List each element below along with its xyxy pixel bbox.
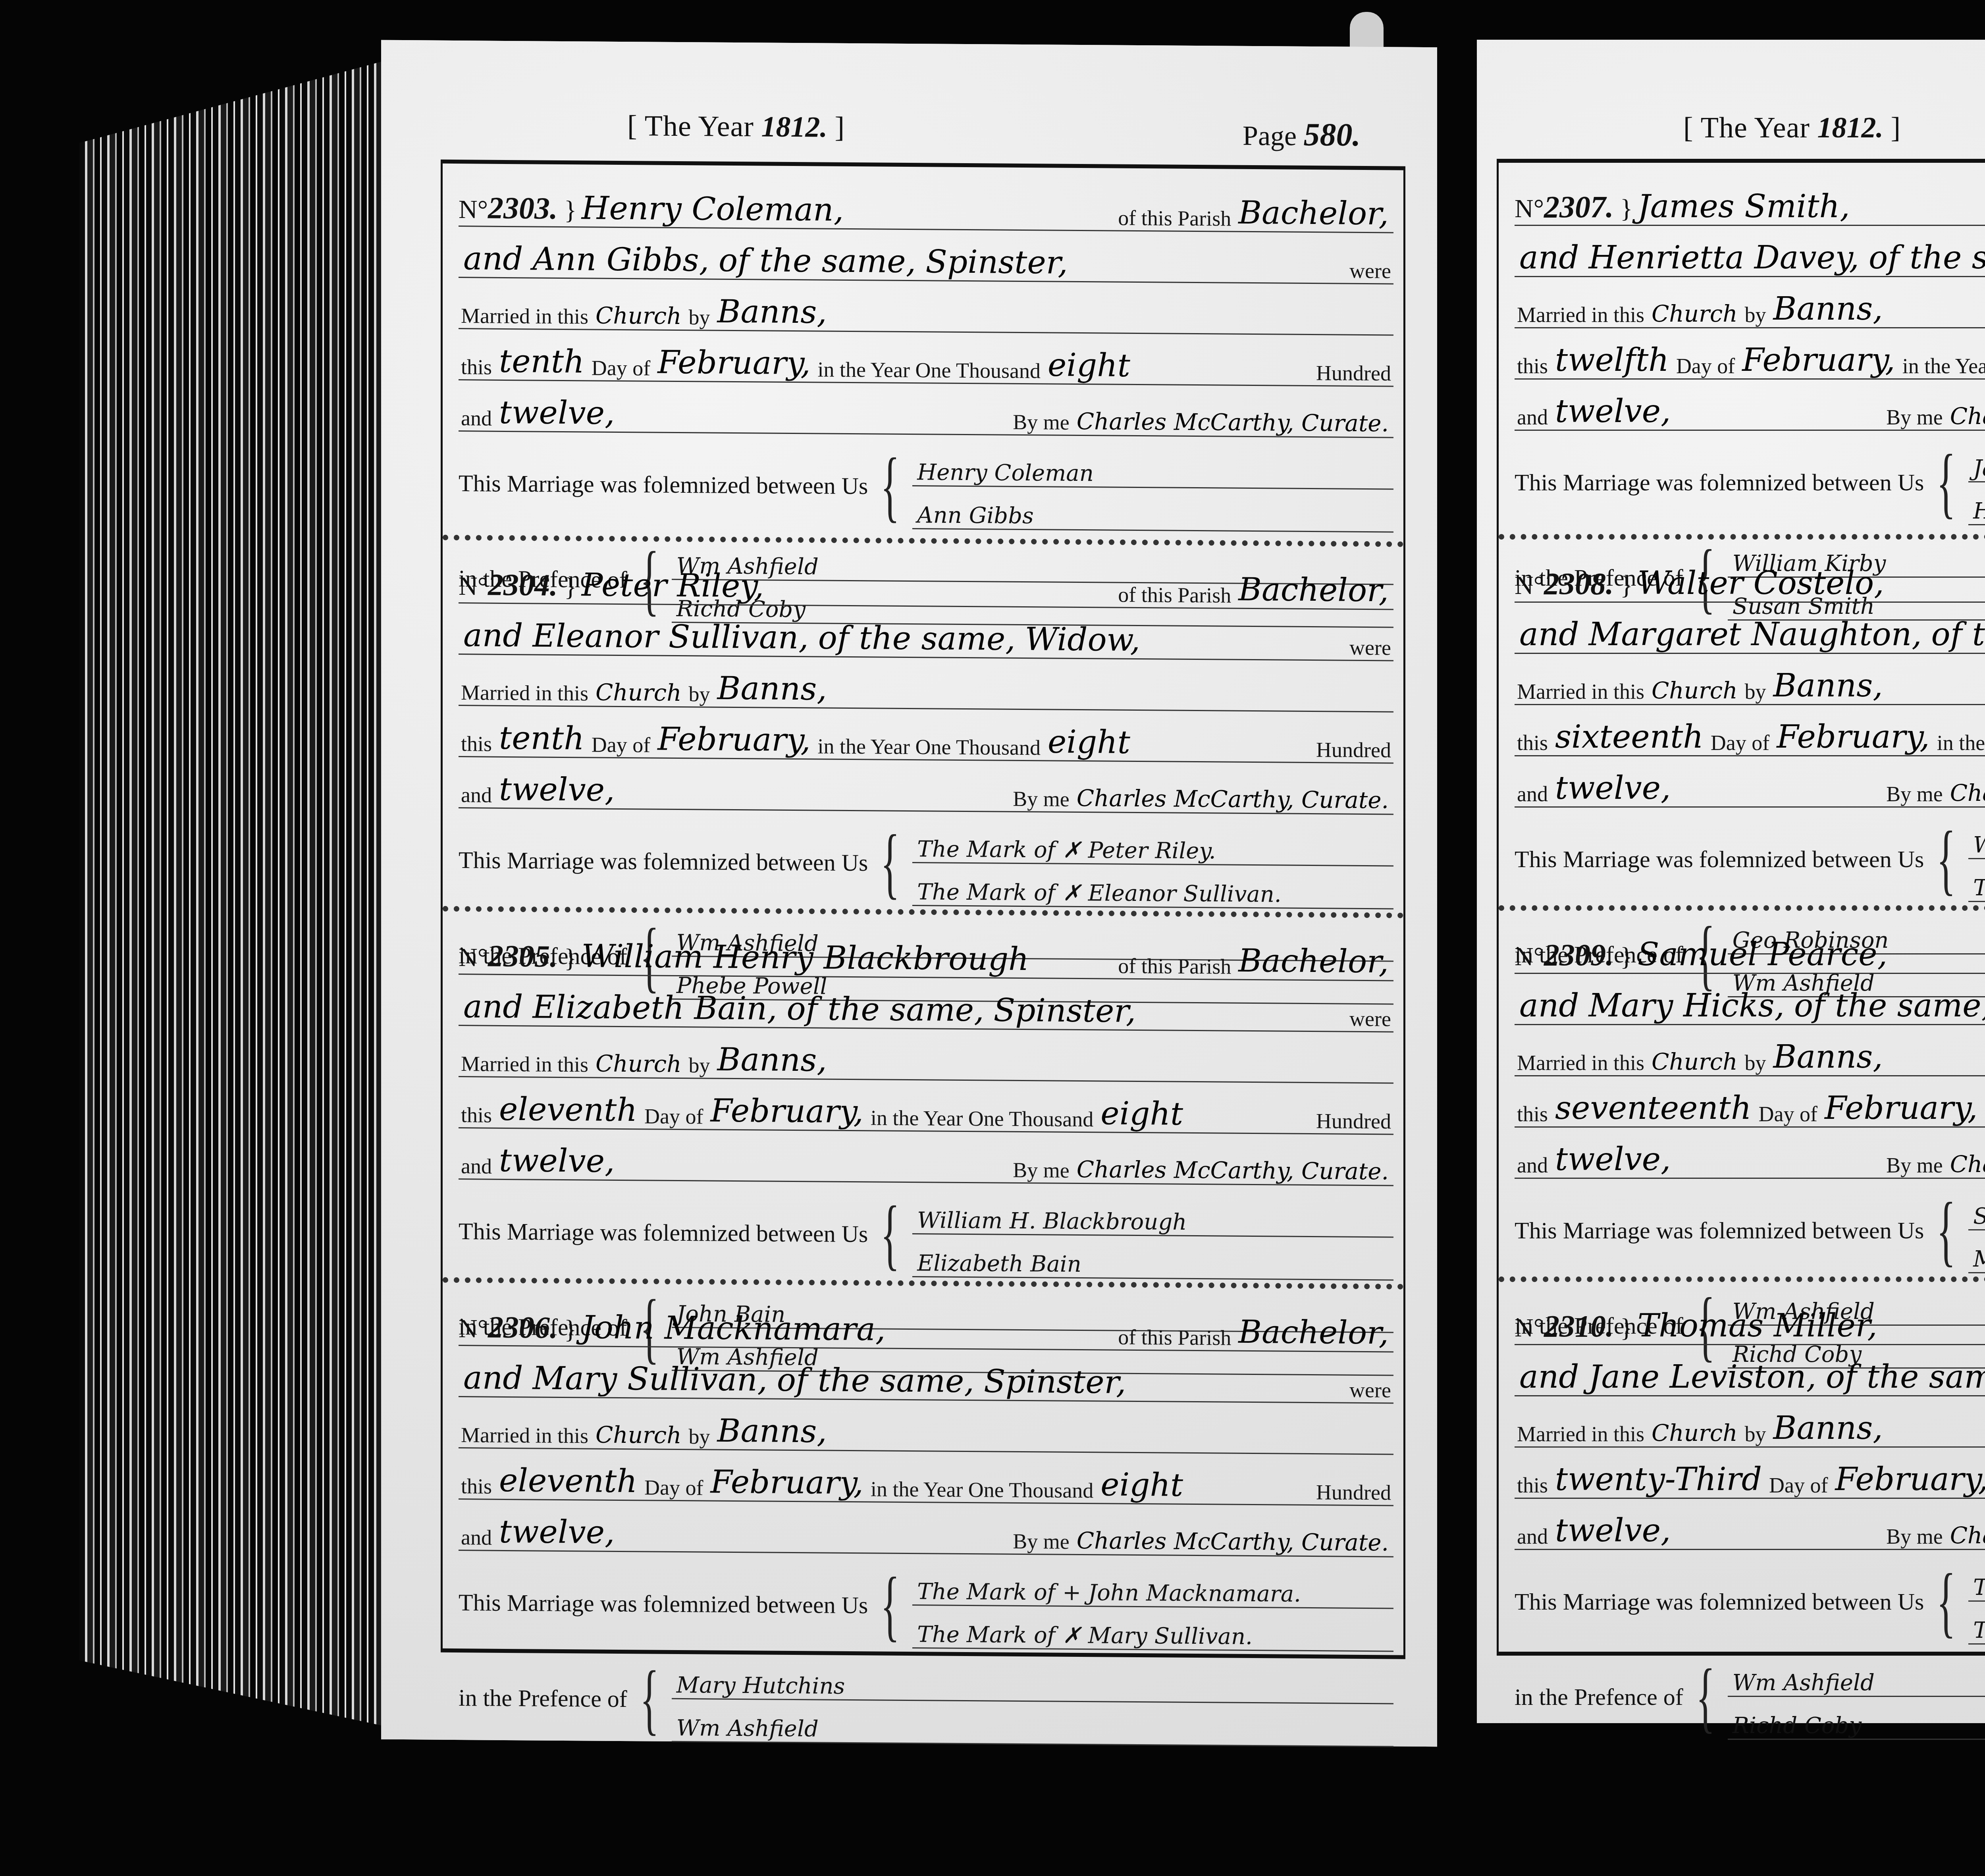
officiant-signature: Charles McCarthy, Curate. [1072,1156,1393,1185]
party-signature: The Mark of + John Macknamara. [912,1563,1393,1609]
month: February, [706,1463,868,1501]
groom-status: Bachelor, [1233,194,1393,232]
brace: { [881,823,900,902]
party-signature: Elizabeth Bain [912,1234,1393,1280]
officiant-signature: Charles McCarthy, Curate. [1072,785,1393,814]
brace: { [1696,1657,1715,1737]
day: tenth [494,343,589,380]
groom-name: James Smith, [1633,188,1855,225]
method: Banns, [713,1412,832,1450]
marriage-entry: N°2304. } Peter Riley, of this Parish Ba… [443,535,1403,913]
page-right: [ The Year 1812. ] Page 581. N°2307. } J… [1477,40,1985,1723]
entry-number: N°2307. } [1515,189,1633,225]
brace: { [1937,443,1956,522]
officiant-signature: Charles McCarthy, Curate. [1945,1522,1985,1549]
method: Banns, [1769,290,1888,327]
groom-name: Walter Costelo, [1633,565,1889,602]
method: Banns, [713,670,832,708]
party-signature: William H. Blackbrough [912,1192,1393,1238]
marriage-entry: N°2306. } John Macknamara, of this Paris… [443,1277,1403,1655]
place: Church [591,1050,686,1078]
year-words: twelve, [1550,393,1676,430]
thousand-word: eight [1043,723,1135,761]
day: eleventh [494,1462,642,1500]
groom-name: William Henry Blackbrough [577,937,1034,978]
place: Church [1647,1419,1742,1446]
groom-name: Peter Riley, [577,566,769,604]
party-signature: The Mark of ✗ Peter Riley. [912,820,1393,866]
place: Church [1647,300,1742,327]
year-words: twelve, [494,771,620,808]
groom-name: John Macknamara, [577,1309,890,1348]
register-table: N°2307. } James Smith, of this Parish Ba… [1497,159,1985,1656]
place: Church [1647,1048,1742,1075]
party-signature: The Mark of ✗ Margaret Naughton. [1968,859,1985,902]
month: February, [1820,1089,1982,1126]
entry-number: N°2308. } [1515,566,1633,602]
month: February, [653,343,815,382]
party-signature: The Mark of ✗ Eleanor Sullivan. [912,863,1393,909]
method: Banns, [713,293,832,331]
day: eleventh [494,1091,642,1129]
witness-signature: Richd Coby [1728,1697,1985,1740]
method: Banns, [1769,1409,1888,1446]
page-number: Page 580. [1243,116,1361,154]
brace: { [1937,1562,1956,1641]
year: 1812. [1817,112,1883,144]
month: February, [706,1092,868,1130]
day: seventeenth [1550,1089,1756,1126]
day: twelfth [1550,341,1674,378]
marriage-entry: N°2310. } Thomas Miller, of this Parish … [1499,1276,1985,1648]
page-left: [ The Year 1812. ] Page 580. N°2303. } H… [381,40,1437,1747]
groom-status: Bachelor, [1233,1313,1393,1352]
year: 1812. [761,110,827,143]
party-signature: The Mark of ✗ Mary Sullivan. [912,1606,1393,1652]
book-page-edges-left [79,60,389,1727]
entry-number: N°2304. } [459,567,577,603]
brace: { [1937,1191,1956,1270]
thousand-word: eight [1043,346,1135,384]
register-table: N°2303. } Henry Coleman, of this Parish … [441,160,1405,1659]
bride-name: Mary Sullivan, [528,1359,772,1398]
place: Church [591,679,686,706]
bride-name: Eleanor Sullivan, [528,617,813,656]
bride-status: Spinster, [989,991,1141,1030]
bride-name: Mary Hicks, [1584,987,1789,1024]
place: Church [591,1421,686,1449]
month: February, [1772,718,1934,755]
groom-name: Henry Coleman, [577,189,848,228]
year-words: twelve, [494,1513,620,1551]
party-signature: James Smith [1968,440,1985,482]
year-words: twelve, [1550,1141,1676,1178]
entry-number: N°2306. } [459,1309,577,1346]
bride-name: Ann Gibbs, [528,240,714,278]
place: Church [591,302,686,330]
party-signature: The Mark of ✗ Jane Leviston. [1968,1602,1985,1645]
groom-status: Bachelor, [1233,942,1393,980]
bride-name: Margaret Naughton, [1584,616,1926,653]
marriage-entry: N°2305. } William Henry Blackbrough of t… [443,906,1403,1284]
brace: { [881,1566,900,1645]
officiant-signature: Charles McCarthy, Curate. [1072,408,1393,437]
page-header: [ The Year 1812. ] [627,109,844,145]
officiant-signature: Charles McCarthy, Curate. [1945,779,1985,806]
party-signature: Walter Costelo [1968,816,1985,859]
thousand-word: eight [1096,1095,1188,1132]
bride-status: Spinster, [921,243,1073,281]
method: Banns, [1769,667,1888,704]
bride-name: Henrietta Davey, [1584,239,1864,276]
groom-status: Bachelor, [1233,571,1393,609]
entry-number: N°2310. } [1515,1308,1633,1344]
marriage-entry: N°2307. } James Smith, of this Parish Ba… [1499,163,1985,534]
year-words: twelve, [1550,769,1676,806]
bride-name: Jane Leviston, [1584,1358,1821,1395]
place: Church [1647,677,1742,704]
month: February, [1830,1461,1985,1498]
brace: { [1937,819,1956,899]
bride-status: Widow, [1020,621,1145,658]
month: February, [653,720,815,758]
party-signature: Henrietta Davey [1968,482,1985,525]
bride-status: Spinster, [979,1363,1131,1401]
entry-number: N°2305. } [459,938,577,974]
method: Banns, [713,1041,832,1079]
entry-number: N°2309. } [1515,937,1633,973]
party-signature: The Mark of ✗ Thos Miller. [1968,1559,1985,1602]
method: Banns, [1769,1038,1888,1075]
party-signature: Henry Coleman [912,443,1393,490]
year-words: twelve, [494,394,620,432]
day: tenth [494,719,589,757]
marriage-entry: N°2308. } Walter Costelo, of this Parish… [1499,534,1985,905]
party-signature: Ann Gibbs [912,486,1393,532]
officiant-signature: Charles McCarthy, Curate. [1945,403,1985,430]
officiant-signature: Charles McCarthy, Curate. [1945,1151,1985,1178]
thousand-word: eight [1096,1466,1188,1504]
groom-name: Samuel Pearce, [1633,936,1892,973]
page-header: [ The Year 1812. ] [1683,111,1900,145]
brace: { [640,1659,659,1739]
bride-name: Elizabeth Bain, [528,988,782,1027]
marriage-entry: N°2309. } Samuel Pearce, of this Parish … [1499,905,1985,1276]
party-signature: Marey Hicks [1968,1230,1985,1273]
marriage-entry: N°2303. } Henry Coleman, of this Parish … [443,164,1403,542]
witness-signature: Wm Ashfield [1728,1654,1985,1697]
witness-signature: Mary Hutchins [672,1656,1393,1704]
officiant-signature: Charles McCarthy, Curate. [1072,1527,1393,1556]
groom-name: Thomas Miller, [1633,1307,1882,1344]
entry-number: N°2303. } [459,190,577,226]
day: sixteenth [1550,718,1708,755]
party-signature: Samuel Pearet [1968,1188,1985,1230]
month: February, [1737,341,1900,378]
brace: { [881,446,900,526]
brace: { [881,1194,900,1274]
year-words: twelve, [494,1142,620,1180]
day: twenty-Third [1550,1461,1767,1498]
year-words: twelve, [1550,1512,1676,1549]
witness-signature: Wm Ashfield [672,1699,1393,1747]
